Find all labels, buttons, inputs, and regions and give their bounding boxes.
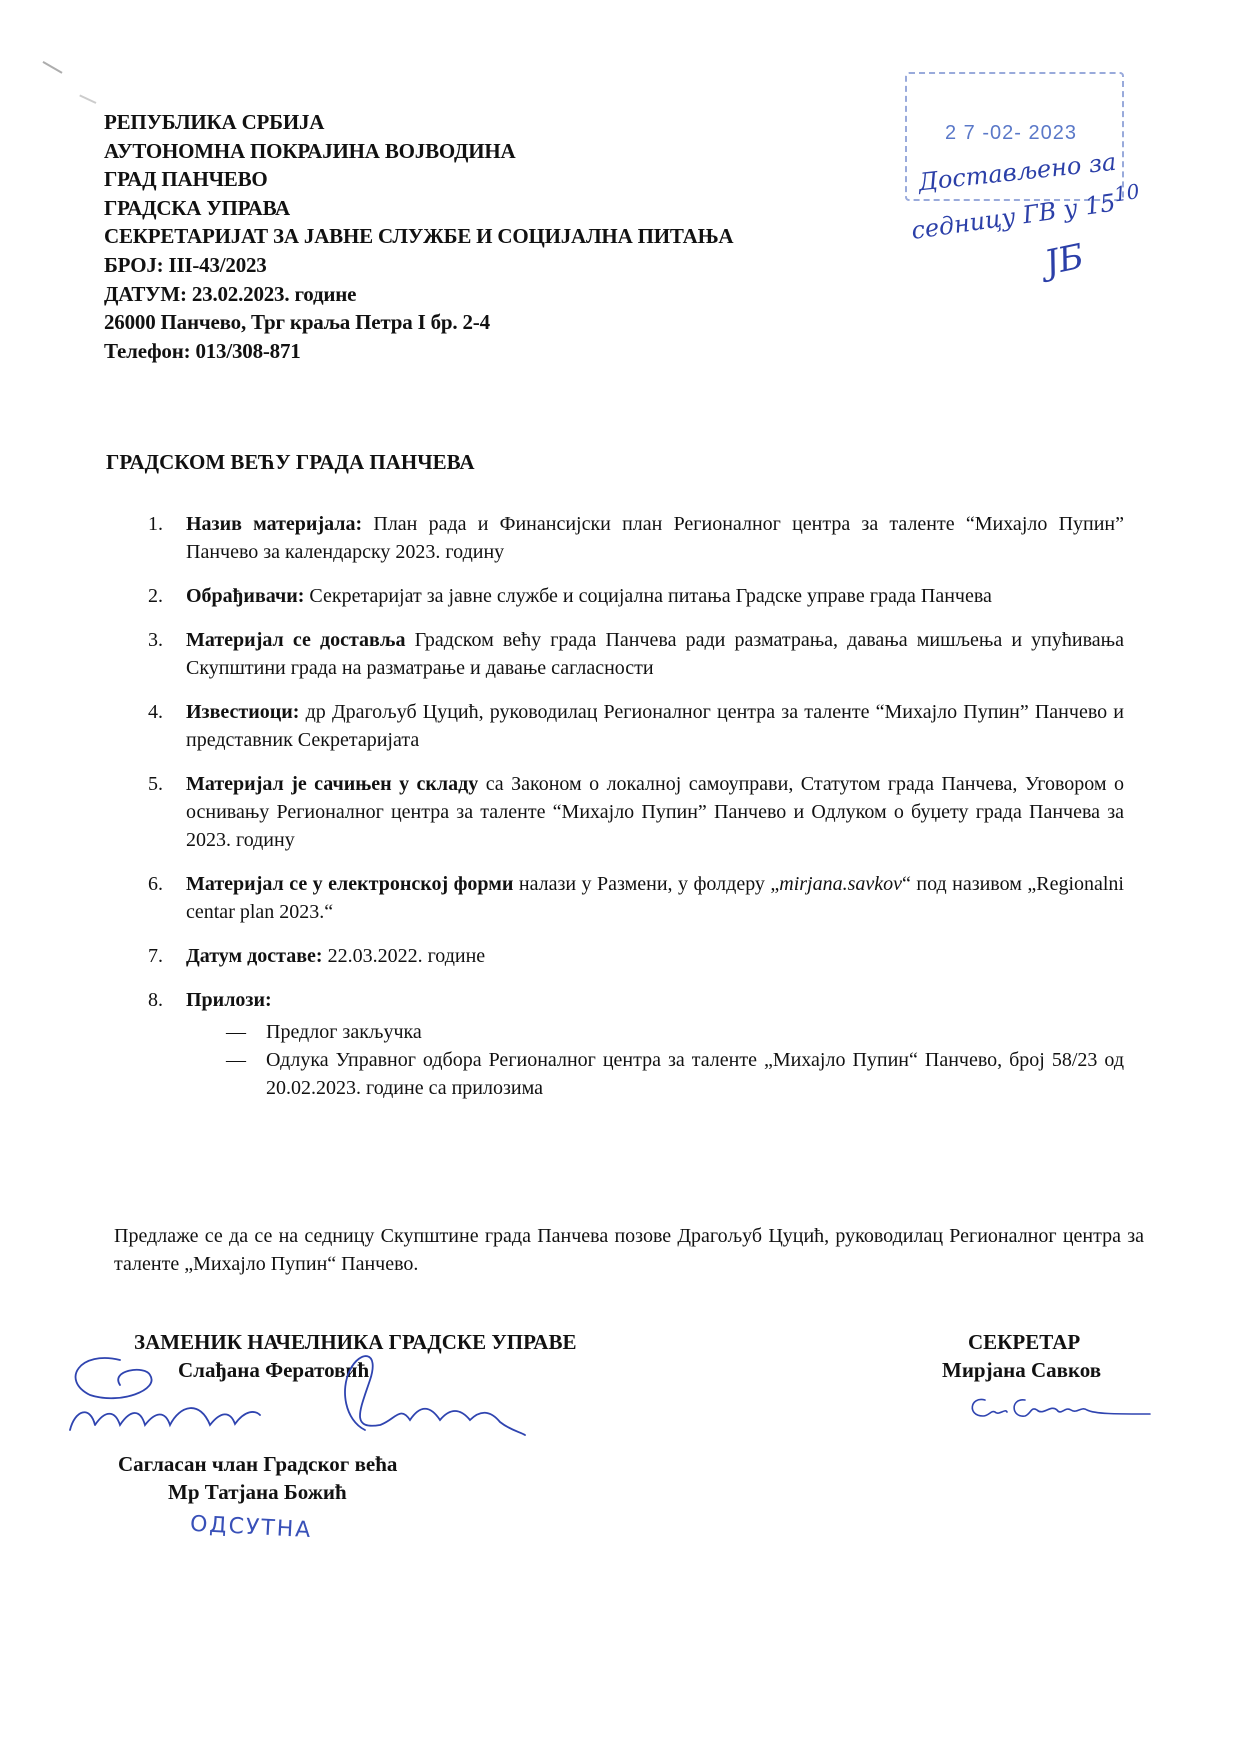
item-number: 5. xyxy=(148,770,163,798)
phone: Телефон: 013/308-871 xyxy=(104,337,733,366)
recipient-heading: ГРАДСКОМ ВЕЋУ ГРАДА ПАНЧЕВА xyxy=(106,450,475,475)
item-text: др Драгољуб Цуцић, руководилац Регионалн… xyxy=(186,701,1124,751)
material-list: 1. Назив материјала: План рада и Финанси… xyxy=(148,510,1124,1118)
item-text: Секретаријат за јавне службе и социјална… xyxy=(304,585,991,607)
item-label: Датум доставе: xyxy=(186,945,323,967)
list-item: 6. Материјал се у електронској форми нал… xyxy=(148,870,1124,926)
item-number: 1. xyxy=(148,510,163,538)
attachment-item: —Предлог закључка xyxy=(186,1018,1124,1046)
attachments-list: —Предлог закључка —Одлука Управног одбор… xyxy=(186,1018,1124,1102)
handwritten-initials: ЈБ xyxy=(1041,236,1087,283)
dash-bullet: — xyxy=(226,1046,246,1074)
header-line: ГРАДСКА УПРАВА xyxy=(104,194,733,223)
absent-note: ОДСУТНА xyxy=(189,1512,312,1543)
handwritten-time: 10 xyxy=(1112,179,1141,206)
item-number: 8. xyxy=(148,986,163,1014)
document-header: РЕПУБЛИКА СРБИЈА АУТОНОМНА ПОКРАЈИНА ВОЈ… xyxy=(104,108,733,365)
list-item: 2. Обрађивачи: Секретаријат за јавне слу… xyxy=(148,582,1124,610)
address: 26000 Панчево, Трг краља Петра I бр. 2-4 xyxy=(104,308,733,337)
item-text: 22.03.2022. године xyxy=(323,945,486,967)
list-item: 5. Материјал је сачињен у складу са Зако… xyxy=(148,770,1124,854)
scan-artifact xyxy=(78,94,97,107)
signature-left-icon xyxy=(50,1340,530,1450)
item-label: Назив материјала: xyxy=(186,513,362,535)
header-line: ГРАД ПАНЧЕВО xyxy=(104,165,733,194)
list-item: 8. Прилози: —Предлог закључка —Одлука Уп… xyxy=(148,986,1124,1102)
item-label: Материјал се доставља xyxy=(186,629,405,651)
item-number: 4. xyxy=(148,698,163,726)
scan-artifact xyxy=(39,61,62,79)
document-page: РЕПУБЛИКА СРБИЈА АУТОНОМНА ПОКРАЈИНА ВОЈ… xyxy=(0,0,1240,1752)
attachment-text: Одлука Управног одбора Регионалног центр… xyxy=(266,1049,1124,1099)
list-item: 4. Известиоци: др Драгољуб Цуцић, руково… xyxy=(148,698,1124,754)
item-label: Материјал се у електронској форми xyxy=(186,873,513,895)
council-member-title: Сагласан члан Градског већа xyxy=(118,1452,397,1477)
header-line: РЕПУБЛИКА СРБИЈА xyxy=(104,108,733,137)
attachment-text: Предлог закључка xyxy=(266,1021,422,1043)
item-number: 3. xyxy=(148,626,163,654)
item-number: 2. xyxy=(148,582,163,610)
secretary-name: Мирјана Савков xyxy=(942,1358,1101,1383)
item-label: Прилози: xyxy=(186,989,272,1011)
item-number: 7. xyxy=(148,942,163,970)
list-item: 1. Назив материјала: План рада и Финанси… xyxy=(148,510,1124,566)
item-label: Материјал је сачињен у складу xyxy=(186,773,478,795)
document-number: БРОЈ: III-43/2023 xyxy=(104,251,733,280)
dash-bullet: — xyxy=(226,1018,246,1046)
attachment-item: —Одлука Управног одбора Регионалног цент… xyxy=(186,1046,1124,1102)
signature-right-icon xyxy=(965,1388,1155,1428)
stamp-date: 2 7 -02- 2023 xyxy=(945,122,1077,145)
document-date: ДАТУМ: 23.02.2023. године xyxy=(104,280,733,309)
header-line: СЕКРЕТАРИЈАТ ЗА ЈАВНЕ СЛУЖБЕ И СОЦИЈАЛНА… xyxy=(104,222,733,251)
folder-name: mirjana.savkov xyxy=(779,873,902,895)
council-member-name: Мр Татјана Божић xyxy=(168,1480,347,1505)
list-item: 3. Материјал се доставља Градском већу г… xyxy=(148,626,1124,682)
item-label: Известиоци: xyxy=(186,701,299,723)
header-line: АУТОНОМНА ПОКРАЈИНА ВОЈВОДИНА xyxy=(104,137,733,166)
item-text: налази у Размени, у фолдеру „ xyxy=(513,873,779,895)
secretary-title: СЕКРЕТАР xyxy=(968,1330,1080,1355)
list-item: 7. Датум доставе: 22.03.2022. године xyxy=(148,942,1124,970)
item-label: Обрађивачи: xyxy=(186,585,304,607)
proposal-paragraph: Предлаже се да се на седницу Скупштине г… xyxy=(114,1222,1144,1278)
item-number: 6. xyxy=(148,870,163,898)
